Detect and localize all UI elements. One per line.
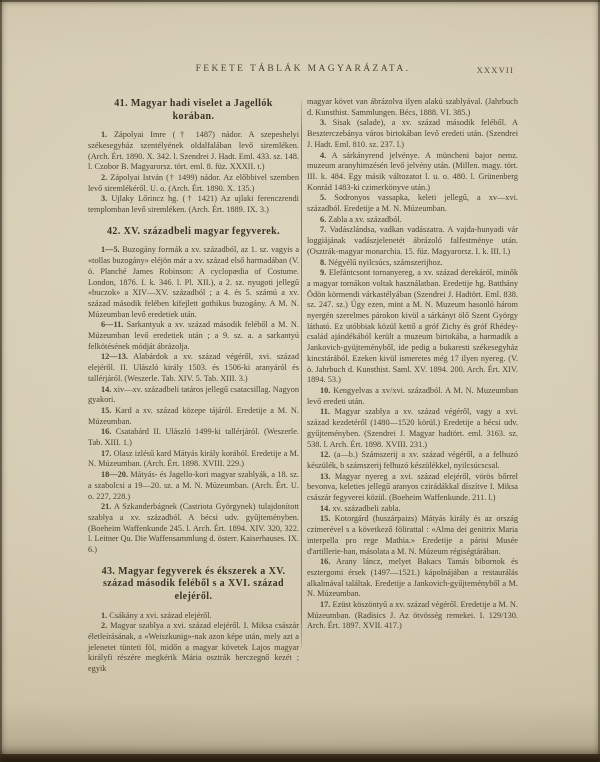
column-divider-rule	[301, 100, 302, 648]
item-number: 1—5.	[101, 245, 120, 254]
item-number: 4.	[320, 151, 326, 160]
item-number: 10.	[320, 386, 330, 395]
paragraph-item: 16. Arany láncz, melyet Bakacs Tamás bib…	[307, 557, 518, 600]
page-edge-top	[0, 0, 600, 2]
item-number: 13.	[320, 472, 330, 481]
page-edge-bottom	[0, 754, 600, 762]
paragraph-item: 9. Elefántcsont tornanyereg, a xv. száza…	[307, 268, 518, 386]
section-heading: 41. Magyar hadi viselet a Jagellók koráb…	[94, 98, 293, 123]
paragraph-item: 11. Magyar szablya a xv. század végéről,…	[307, 407, 518, 450]
paragraph-item: 6—11. Sarkantyuk a xv. század második fe…	[88, 320, 299, 352]
item-number: 17.	[320, 600, 330, 609]
right-column: magyar követ van ábrázolva ilyen alakú s…	[307, 97, 518, 632]
paragraph-item: 8. Négyélű nyilcsúcs, számszerijhoz.	[307, 258, 518, 269]
page-number: XXXVII	[477, 65, 514, 75]
paragraph-item: 12. (a—b.) Számszerij a xv. század végér…	[307, 450, 518, 471]
paragraph-item: 3. Sisak (salade), a xv. század második …	[307, 118, 518, 150]
paragraph-item: 21. A Szkanderbágnek (Castriota Györgyne…	[88, 502, 299, 556]
item-number: 8.	[320, 258, 326, 267]
item-number: 6—11.	[101, 320, 123, 329]
item-number: 5.	[320, 193, 326, 202]
paragraph-item: 18—20. Mátyás- és Jagello-kori magyar sz…	[88, 470, 299, 502]
item-number: 9.	[320, 268, 326, 277]
item-number: 2.	[101, 173, 107, 182]
paragraph-item: 14. xiv—xv. századbeli tatáros jellegű c…	[88, 385, 299, 406]
item-number: 3.	[320, 118, 326, 127]
paragraph-item: 5. Sodronyos vassapka, keleti jellegű, a…	[307, 193, 518, 214]
item-number: 7.	[320, 225, 326, 234]
paragraph-item: 1. Zápolyai Imre († 1487) nádor. A szepe…	[88, 130, 299, 173]
paragraph-item: 17. Olasz izlésű kard Mátyás király korá…	[88, 449, 299, 470]
page-header: FEKETE TÁBLÁK MAGYARÁZATA. XXXVII	[88, 64, 518, 78]
item-number: 12.	[320, 450, 330, 459]
left-column: 41. Magyar hadi viselet a Jagellók koráb…	[88, 97, 299, 675]
item-number: 1.	[101, 130, 107, 139]
item-number: 14.	[320, 504, 330, 513]
item-number: 11.	[320, 407, 330, 416]
paragraph-item: 7. Vadászlándsa, vadkan vadászatra. A va…	[307, 225, 518, 257]
item-number: 21.	[101, 502, 111, 511]
item-number: 15.	[320, 514, 330, 523]
paragraph-item: 13. Magyar nyereg a xvi. század elejéről…	[307, 472, 518, 504]
paragraph-item: 16. Csatabárd II. Ulászló 1499-ki tallér…	[88, 427, 299, 448]
item-number: 16.	[101, 427, 111, 436]
section-heading: 43. Magyar fegyverek és ékszerek a XV. s…	[94, 566, 293, 604]
scanned-book-page: FEKETE TÁBLÁK MAGYARÁZATA. XXXVII 41. Ma…	[0, 0, 600, 762]
item-number: 18—20.	[101, 470, 128, 479]
item-number: 2.	[101, 621, 107, 630]
paragraph-item: 14. xv. századbeli zabla.	[307, 504, 518, 515]
item-number: 1.	[101, 611, 107, 620]
item-number: 16.	[320, 557, 330, 566]
paragraph-item: 15. Kotorgárd (huszárpaizs) Mátyás királ…	[307, 514, 518, 557]
paragraph-item: 2. Zápolyai István († 1499) nádor. Az el…	[88, 173, 299, 194]
paragraph-item: 15. Kard a xv. század közepe tájáról. Er…	[88, 406, 299, 427]
item-number: 15.	[101, 406, 111, 415]
item-number: 17.	[101, 449, 111, 458]
paragraph-item: 3. Ujlaky Lőrincz hg. († 1421) Az ujlaki…	[88, 194, 299, 215]
paragraph-item: 1—5. Buzogány formák a xv. századból, az…	[88, 245, 299, 320]
page-edge-left	[0, 0, 2, 762]
paragraph-item: 4. A sárkányrend jelvénye. A müncheni ba…	[307, 151, 518, 194]
paragraph-continuation: magyar követ van ábrázolva ilyen alakú s…	[307, 97, 518, 118]
item-number: 14.	[101, 385, 111, 394]
paragraph-item: 17. Ezüst köszöntyű a xv. század végéről…	[307, 600, 518, 632]
paragraph-item: 2. Magyar szablya a xvi. század elejéről…	[88, 621, 299, 675]
paragraph-item: 6. Zabla a xv. századból.	[307, 215, 518, 226]
section-heading: 42. XV. századbeli magyar fegyverek.	[94, 226, 293, 239]
item-number: 6.	[320, 215, 326, 224]
paragraph-item: 12—13. Alabárdok a xv. század végéről, x…	[88, 352, 299, 384]
item-number: 3.	[101, 194, 107, 203]
paragraph-item: 10. Kengyelvas a xv/xvi. századból. A M.…	[307, 386, 518, 407]
item-number: 12—13.	[101, 352, 128, 361]
paragraph-item: 1. Csákány a xvi. század elejéről.	[88, 611, 299, 622]
running-title: FEKETE TÁBLÁK MAGYARÁZATA.	[88, 64, 518, 74]
